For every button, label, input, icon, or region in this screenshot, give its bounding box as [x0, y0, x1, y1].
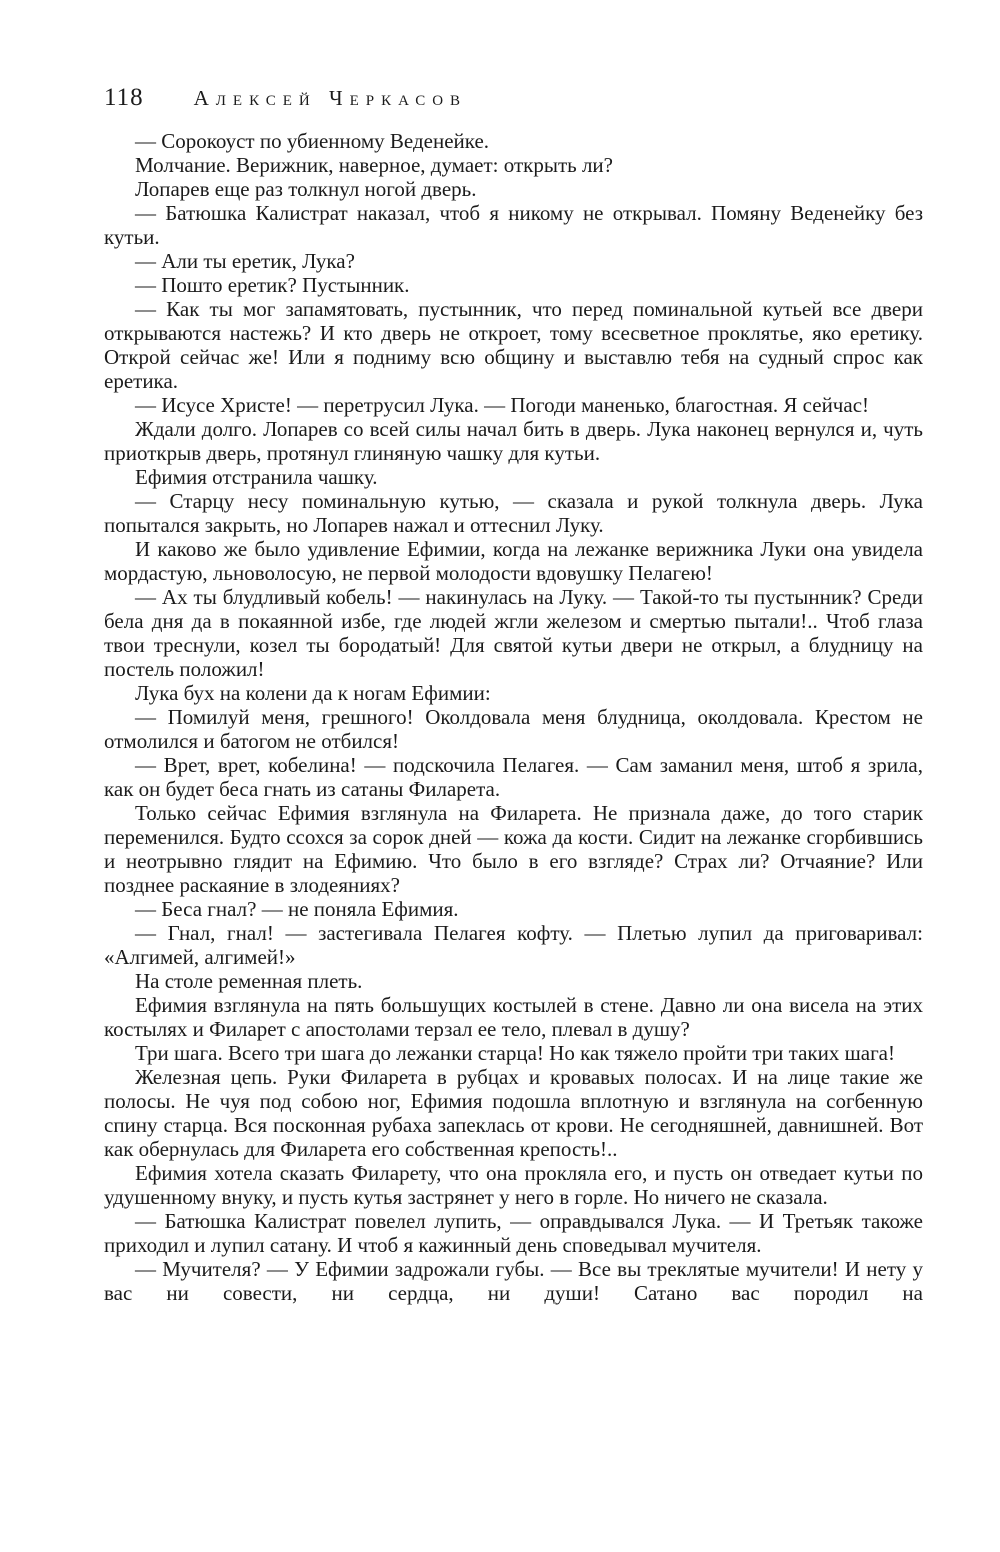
paragraph: — Беса гнал? — не поняла Ефимия. — [104, 897, 923, 921]
paragraph: Ефимия взглянула на пять большущих косты… — [104, 993, 923, 1041]
paragraph: — Мучителя? — У Ефимии задрожали губы. —… — [104, 1257, 923, 1305]
paragraph: — Али ты еретик, Лука? — [104, 249, 923, 273]
paragraph: Только сейчас Ефимия взглянула на Филаре… — [104, 801, 923, 897]
paragraph: — Батюшка Калистрат повелел лупить, — оп… — [104, 1209, 923, 1257]
paragraph: — Гнал, гнал! — застегивала Пелагея кофт… — [104, 921, 923, 969]
paragraph: Молчание. Верижник, наверное, думает: от… — [104, 153, 923, 177]
paragraph: — Сорокоуст по убиенному Веденейке. — [104, 129, 923, 153]
paragraph: — Ах ты блудливый кобель! — накинулась н… — [104, 585, 923, 681]
paragraph: Лопарев еще раз толкнул ногой дверь. — [104, 177, 923, 201]
paragraph: Лука бух на колени да к ногам Ефимии: — [104, 681, 923, 705]
page-number: 118 — [104, 84, 144, 112]
book-page: 118 Алексей Черкасов — Сорокоуст по убие… — [0, 0, 1000, 1552]
paragraph: На столе ременная плеть. — [104, 969, 923, 993]
paragraph: И каково же было удивление Ефимии, когда… — [104, 537, 923, 585]
paragraph: — Исусе Христе! — перетрусил Лука. — Пог… — [104, 393, 923, 417]
running-header: 118 Алексей Черкасов — [104, 84, 920, 110]
body-text: — Сорокоуст по убиенному Веденейке.Молча… — [104, 129, 923, 1305]
paragraph: — Пошто еретик? Пустынник. — [104, 273, 923, 297]
paragraph: — Батюшка Калистрат наказал, чтоб я нико… — [104, 201, 923, 249]
paragraph: — Старцу несу поминальную кутью, — сказа… — [104, 489, 923, 537]
paragraph: Ефимия хотела сказать Филарету, что она … — [104, 1161, 923, 1209]
paragraph: — Врет, врет, кобелина! — подскочила Пел… — [104, 753, 923, 801]
paragraph: — Помилуй меня, грешного! Околдовала мен… — [104, 705, 923, 753]
paragraph: Ефимия отстранила чашку. — [104, 465, 923, 489]
paragraph: Ждали долго. Лопарев со всей силы начал … — [104, 417, 923, 465]
running-head-author: Алексей Черкасов — [194, 86, 467, 111]
paragraph: Железная цепь. Руки Филарета в рубцах и … — [104, 1065, 923, 1161]
paragraph: Три шага. Всего три шага до лежанки стар… — [104, 1041, 923, 1065]
paragraph: — Как ты мог запамятовать, пустынник, чт… — [104, 297, 923, 393]
